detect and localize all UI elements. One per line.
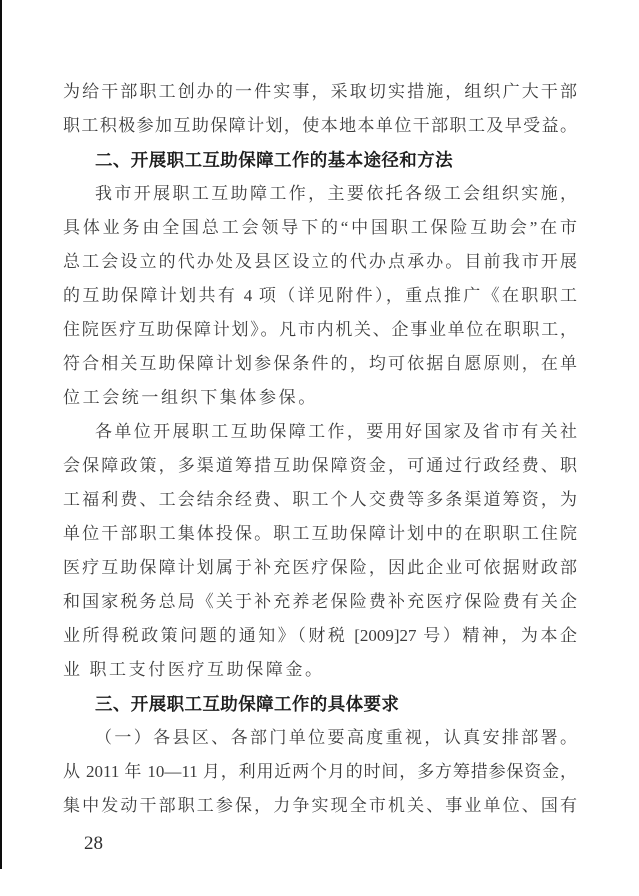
scanned-document-page: 为给干部职工创办的一件实事，采取切实措施，组织广大干部 职工积极参加互助保障计划… <box>0 0 639 896</box>
text-line: 从 2011 年 10—11 月，利用近两个月的时间，多方筹措参保资金， <box>63 755 577 789</box>
text-line: 集中发动干部职工参保，力争实现全市机关、事业单位、国有 <box>63 789 577 823</box>
text-line: 为给干部职工创办的一件实事，采取切实措施，组织广大干部 <box>63 75 577 109</box>
text-line: 和国家税务总局《关于补充养老保险费补充医疗保险费有关企 <box>63 585 577 619</box>
scan-edge-artifact <box>0 0 2 869</box>
section-heading: 二、开展职工互助保障工作的基本途径和方法 <box>63 143 577 177</box>
document-text-block: 为给干部职工创办的一件实事，采取切实措施，组织广大干部 职工积极参加互助保障计划… <box>63 75 577 823</box>
text-line: 会保障政策，多渠道筹措互助保障资金，可通过行政经费、职 <box>63 449 577 483</box>
text-line: 工福利费、工会结余经费、职工个人交费等多条渠道筹资，为 <box>63 483 577 517</box>
text-line: 业所得税政策问题的通知》（财税 [2009]27 号）精神，为本企 <box>63 619 577 653</box>
text-line: 医疗互助保障计划属于补充医疗保险，因此企业可依据财政部 <box>63 551 577 585</box>
text-line: 的互助保障计划共有 4 项（详见附件），重点推广《在职职工 <box>63 279 577 313</box>
text-line: 我市开展职工互助障工作，主要依托各级工会组织实施， <box>63 177 577 211</box>
text-line: 住院医疗互助保障计划》。凡市内机关、企事业单位在职职工， <box>63 313 577 347</box>
section-heading: 三、开展职工互助保障工作的具体要求 <box>63 687 577 721</box>
text-line: 单位干部职工集体投保。职工互助保障计划中的在职职工住院 <box>63 517 577 551</box>
text-line: 总工会设立的代办处及县区设立的代办点承办。目前我市开展 <box>63 245 577 279</box>
text-line: 具体业务由全国总工会领导下的“中国职工保险互助会”在市 <box>63 211 577 245</box>
text-line: 职工积极参加互助保障计划，使本地本单位干部职工及早受益。 <box>63 109 577 143</box>
page-number: 28 <box>84 832 103 856</box>
text-line: 符合相关互助保障计划参保条件的，均可依据自愿原则，在单 <box>63 347 577 381</box>
text-line: （一）各县区、各部门单位要高度重视，认真安排部署。 <box>63 721 577 755</box>
text-line: 位工会统一组织下集体参保。 <box>63 381 577 415</box>
text-line: 业 职工支付医疗互助保障金。 <box>63 653 577 687</box>
text-line: 各单位开展职工互助保障工作，要用好国家及省市有关社 <box>63 415 577 449</box>
